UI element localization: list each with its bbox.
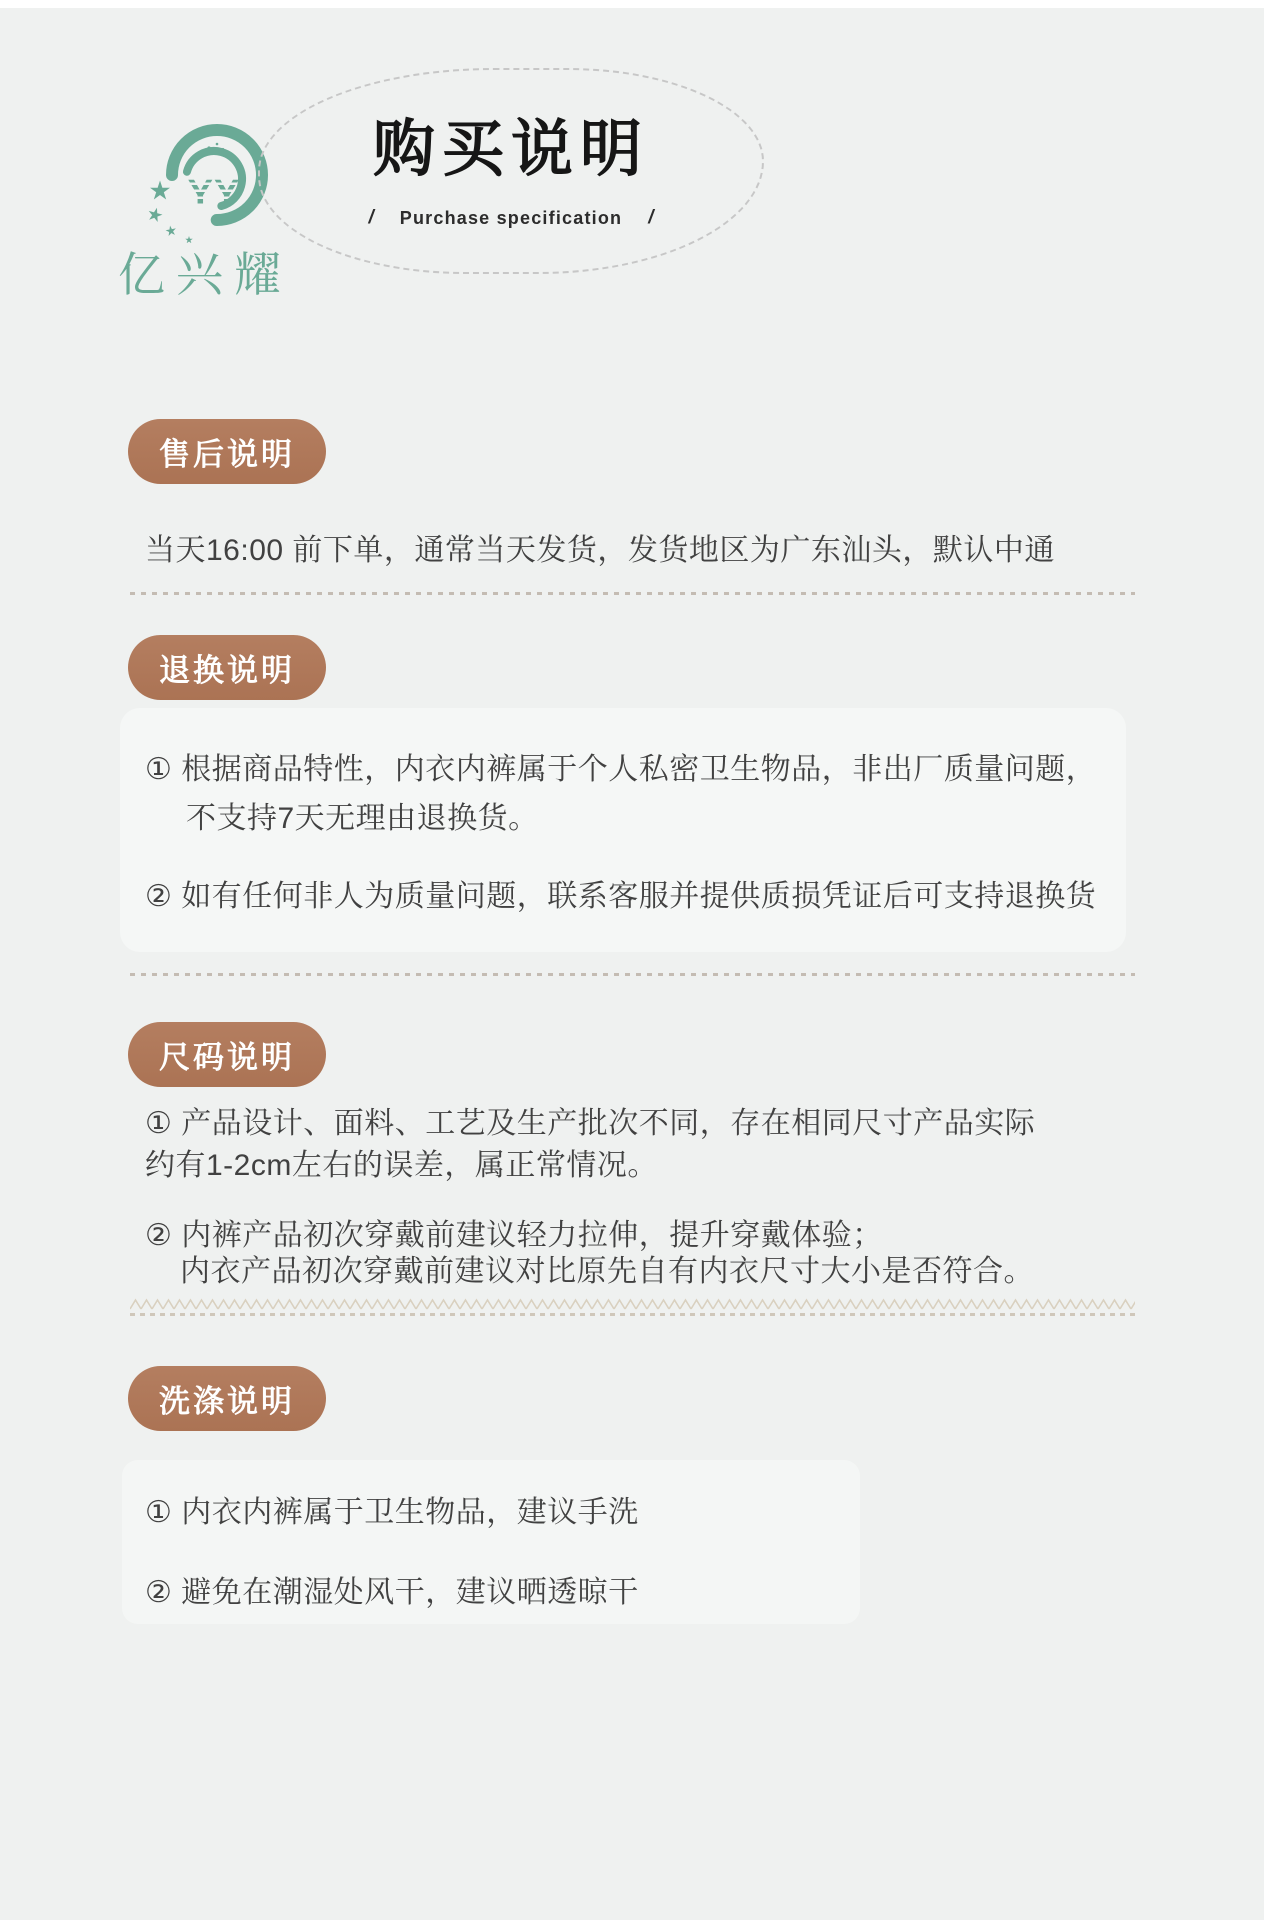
washing-item1-line: ① 内衣内裤属于卫生物品，建议手洗: [145, 1495, 639, 1531]
returns-item1-line2: 不支持7天无理由退换货。: [186, 801, 539, 837]
title-cloud: 购买说明 / Purchase specification /: [258, 68, 764, 274]
slash-right: /: [648, 207, 653, 229]
purchase-specification-page: YY 亿兴耀 购买说明 / Purchase specification / 售…: [0, 0, 1264, 1920]
page-subtitle: Purchase specification: [400, 208, 622, 229]
sizing-item1-line1: ① 产品设计、面料、工艺及生产批次不同，存在相同尺寸产品实际: [145, 1106, 1035, 1142]
dashed-divider-2: [130, 973, 1135, 976]
zigzag-underline-dashes: [130, 1313, 1135, 1316]
returns-badge: 退换说明: [128, 635, 326, 700]
page-title: 购买说明: [373, 119, 649, 181]
sizing-item1-line2: 约有1-2cm左右的误差，属正常情况。: [145, 1148, 658, 1184]
top-white-strip: [0, 0, 1264, 8]
after-sales-line: 当天16:00 前下单，通常当天发货，发货地区为广东汕头，默认中通: [145, 533, 1055, 569]
sizing-badge: 尺码说明: [128, 1022, 326, 1087]
after-sales-badge: 售后说明: [128, 419, 326, 484]
dashed-divider-1: [130, 592, 1135, 595]
slash-left: /: [368, 207, 373, 229]
washing-item2-line: ② 避免在潮湿处风干，建议晒透晾干: [145, 1575, 639, 1611]
sizing-item2-line2: 内衣产品初次穿戴前建议对比原先自有内衣尺寸大小是否符合。: [180, 1254, 1034, 1290]
brand-name: 亿兴耀: [100, 238, 310, 305]
washing-badge: 洗涤说明: [128, 1366, 326, 1431]
page-subtitle-row: / Purchase specification /: [368, 207, 653, 229]
yy-monogram: YY: [188, 173, 241, 215]
zigzag-divider: [130, 1297, 1135, 1311]
sizing-item2-line1: ② 内裤产品初次穿戴前建议轻力拉伸，提升穿戴体验；: [145, 1218, 883, 1254]
returns-item1-line1: ① 根据商品特性，内衣内裤属于个人私密卫生物品，非出厂质量问题，: [145, 752, 1096, 788]
returns-item2-line1: ② 如有任何非人为质量问题，联系客服并提供质损凭证后可支持退换货: [145, 879, 1096, 915]
